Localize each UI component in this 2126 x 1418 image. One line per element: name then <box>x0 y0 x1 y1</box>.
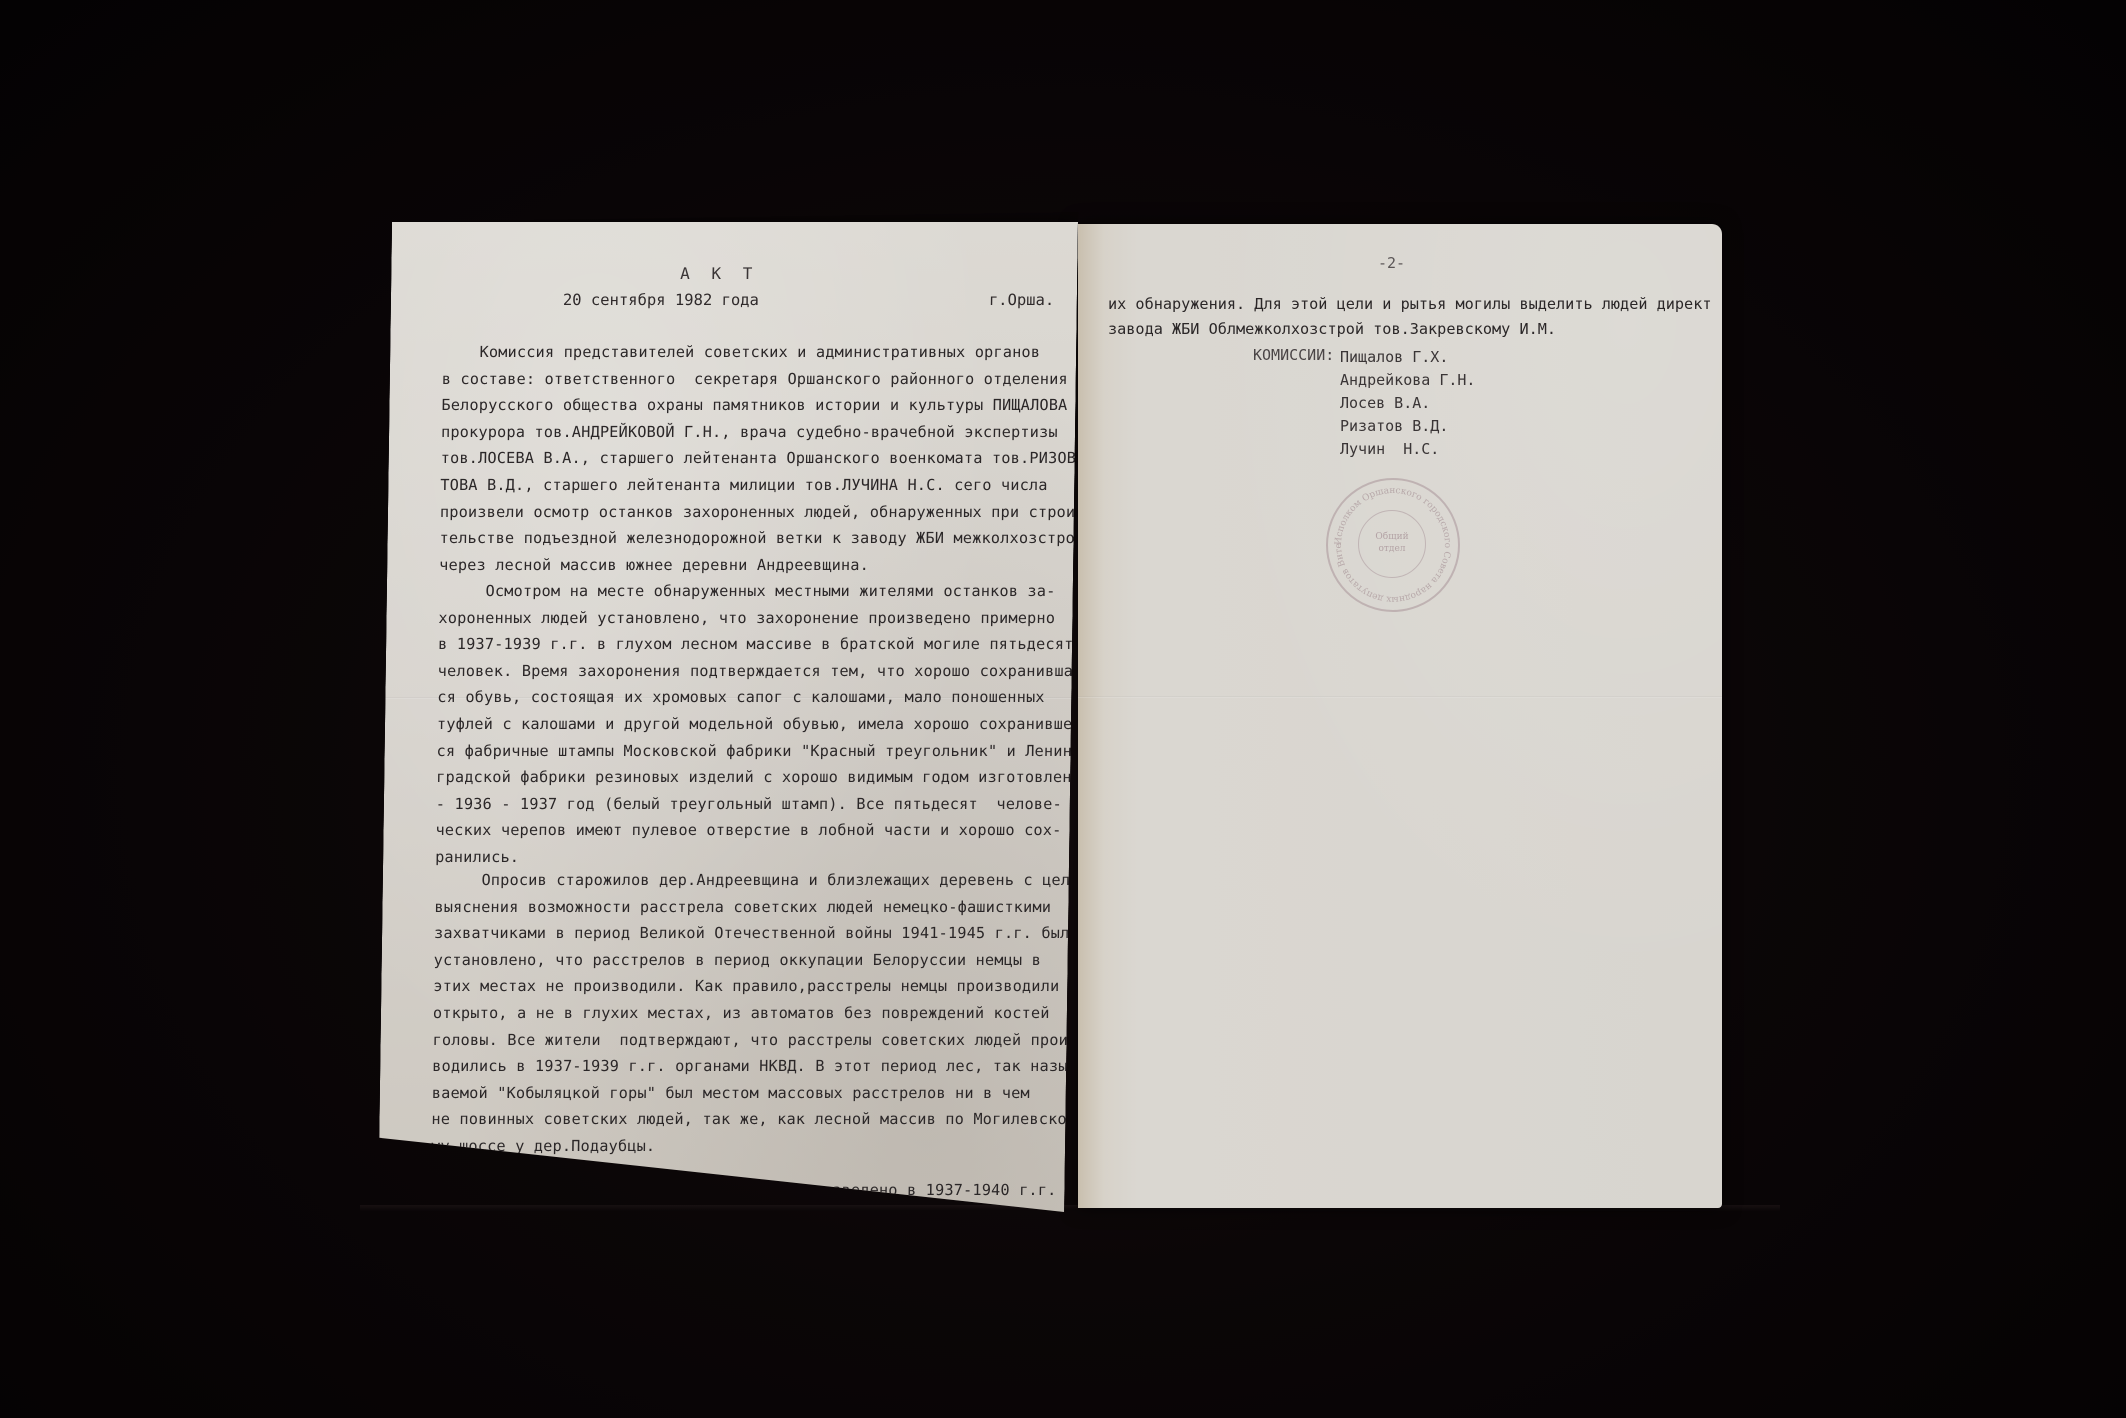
text-line: не повинных советских людей, так же, как… <box>431 1106 1085 1133</box>
text-line: выяснения возможности расстрела советски… <box>434 894 1088 921</box>
text-line: захватчиками в период Великой Отечествен… <box>434 920 1088 947</box>
text-line: градской фабрики резиновых изделий с хор… <box>436 764 1081 791</box>
text-line: произвели осмотр останков захороненных л… <box>440 499 1085 526</box>
text-line: Комиссия представителей советских и адми… <box>442 339 1087 366</box>
text-line: в 1937-1939 г.г. в глухом лесном массиве… <box>438 631 1083 658</box>
text-line: туфлей с калошами и другой модельной обу… <box>437 711 1082 738</box>
text-line: ваемой "Кобыляцкой горы" был местом масс… <box>432 1080 1086 1107</box>
text-line: Осмотром на месте обнаруженных местными … <box>439 578 1084 605</box>
stamp-center-line: отдел <box>1359 543 1425 555</box>
text-line: ТОВА В.Д., старшего лейтенанта милиции т… <box>440 472 1085 499</box>
text-line: тов.ЛОСЕВА В.А., старшего лейтенанта Орш… <box>441 445 1086 472</box>
paper-fold <box>1078 696 1722 698</box>
text-line: Белорусского общества охраны памятников … <box>441 392 1086 419</box>
document-title: А К Т <box>361 264 1077 283</box>
stamp-center-line: Общий <box>1359 531 1425 543</box>
text-line: открыто, а не в глухих местах, из автома… <box>433 1000 1087 1027</box>
document-date: 20 сентября 1982 года <box>563 291 759 309</box>
text-line: - 1936 - 1937 год (белый треугольный шта… <box>436 791 1081 818</box>
text-line: ся обувь, состоящая их хромовых сапог с … <box>437 684 1082 711</box>
text-line: прокурора тов.АНДРЕЙКОВОЙ Г.Н., врача су… <box>441 419 1086 446</box>
signature-name: Лучин Н.С. <box>1340 438 1475 461</box>
document-page-1: А К Т 20 сентября 1982 года г.Орша. Коми… <box>378 222 1078 1212</box>
paragraph-commission: Комиссия представителей советских и адми… <box>439 339 1087 578</box>
page2-line-2: завода ЖБИ Облмежколхозстрой тов.Закревс… <box>1108 320 1556 338</box>
text-line: человек. Время захоронения подтверждаетс… <box>438 658 1083 685</box>
document-page-2: -2- их обнаружения. Для этой цели и рыть… <box>1078 224 1722 1208</box>
text-line: этих местах не производили. Как правило,… <box>433 973 1087 1000</box>
signatures-label: КОМИССИИ: <box>1253 346 1334 364</box>
page2-line-1: их обнаружения. Для этой цели и рытья мо… <box>1108 295 1711 313</box>
text-line: головы. Все жители подтверждают, что рас… <box>432 1027 1086 1054</box>
paragraph-inspection: Осмотром на месте обнаруженных местными … <box>435 578 1084 871</box>
text-line: Опросив старожилов дер.Андреевщина и бли… <box>435 867 1089 894</box>
text-line: ческих черепов имеют пулевое отверстие в… <box>435 817 1080 844</box>
signatures-list: Пищалов Г.Х. Андрейкова Г.Н. Лосев В.А. … <box>1340 346 1475 461</box>
signature-name: Лосев В.А. <box>1340 392 1475 415</box>
text-line: в составе: ответственного секретаря Орша… <box>442 366 1087 393</box>
official-stamp: Исполком Оршанского городского Совета на… <box>1326 478 1460 612</box>
stamp-inner-circle: Общий отдел <box>1358 510 1426 578</box>
text-line: ся фабричные штампы Московской фабрики "… <box>436 738 1081 765</box>
page-number: -2- <box>1378 254 1405 272</box>
document-place: г.Орша. <box>989 291 1055 309</box>
text-line: водились в 1937-1939 г.г. органами НКВД.… <box>432 1053 1086 1080</box>
text-line: хороненных людей установлено, что захоро… <box>438 605 1083 632</box>
text-line: установлено, что расстрелов в период окк… <box>434 947 1088 974</box>
text-line: тельстве подъездной железнодорожной ветк… <box>439 525 1084 552</box>
signature-name: Андрейкова Г.Н. <box>1340 369 1475 392</box>
text-line: через лесной массив южнее деревни Андрее… <box>439 552 1084 579</box>
signature-name: Ризатов В.Д. <box>1340 415 1475 438</box>
signature-name: Пищалов Г.Х. <box>1340 346 1475 369</box>
paragraph-survey: Опросив старожилов дер.Андреевщина и бли… <box>431 867 1089 1160</box>
